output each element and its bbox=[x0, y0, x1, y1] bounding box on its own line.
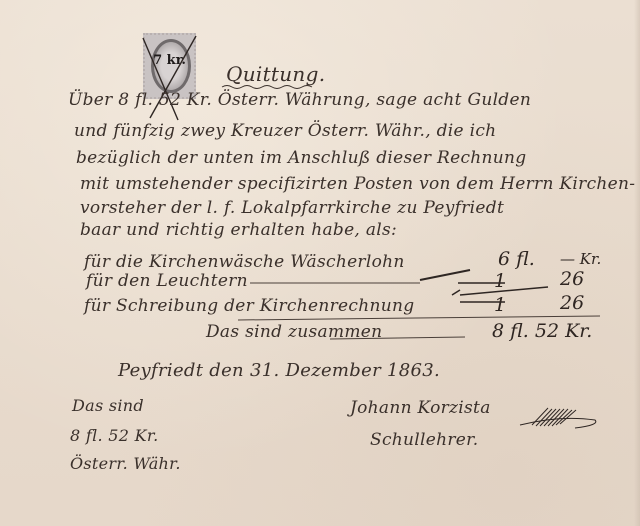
signature-name: Johann Korzista bbox=[350, 400, 491, 417]
item-fl: 6 fl. bbox=[498, 248, 535, 270]
item-fl: 1 bbox=[494, 270, 506, 292]
item-label: für die Kirchenwäsche Wäscherlohn bbox=[84, 254, 405, 271]
side-note-line: Österr. Währ. bbox=[70, 456, 181, 472]
body-line: bezüglich der unten im Anschluß dieser R… bbox=[76, 150, 526, 167]
side-note-line: 8 fl. 52 Kr. bbox=[70, 428, 158, 444]
total-label: Das sind zusammen bbox=[206, 324, 382, 341]
body-line: Über 8 fl. 52 Kr. Österr. Währung, sage … bbox=[68, 92, 531, 109]
body-line: und fünfzig zwey Kreuzer Österr. Währ., … bbox=[74, 123, 496, 140]
body-line: mit umstehender specifizirten Posten von… bbox=[80, 176, 635, 193]
item-label: für den Leuchtern bbox=[86, 273, 248, 290]
body-line: vorsteher der l. f. Lokalpfarrkirche zu … bbox=[80, 200, 504, 217]
item-label: für Schreibung der Kirchenrechnung bbox=[84, 298, 414, 315]
total-value: 8 fl. 52 Kr. bbox=[492, 320, 592, 342]
side-note-line: Das sind bbox=[72, 398, 144, 414]
item-kr: 26 bbox=[560, 268, 584, 290]
document-title: Quittung. bbox=[226, 64, 325, 84]
item-kr: 26 bbox=[560, 292, 584, 314]
signature-role: Schullehrer. bbox=[370, 432, 478, 449]
signature-flourish-icon bbox=[520, 408, 596, 428]
place-date: Peyfriedt den 31. Dezember 1863. bbox=[118, 362, 440, 380]
item-fl: 1 bbox=[494, 294, 506, 316]
item-kr: — Kr. bbox=[560, 250, 601, 268]
body-line: baar und richtig erhalten habe, als: bbox=[80, 222, 397, 239]
